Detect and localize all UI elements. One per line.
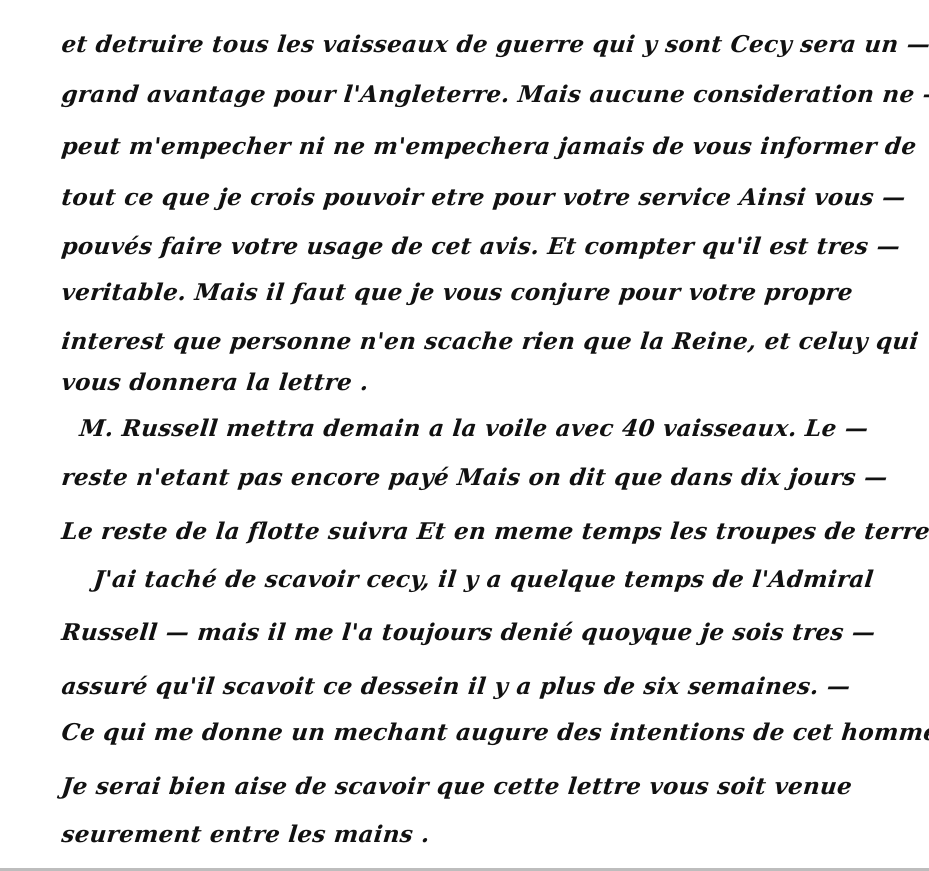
letter-line-12: J'ai taché de scavoir cecy, il y a quelq… — [92, 565, 915, 595]
letter-line-8: vous donnera la lettre . — [60, 368, 883, 398]
letter-line-6: veritable. Mais il faut que je vous conj… — [60, 278, 883, 308]
letter-line-5: pouvés faire votre usage de cet avis. Et… — [60, 232, 883, 262]
letter-line-4: tout ce que je crois pouvoir etre pour v… — [60, 183, 883, 213]
letter-line-7: interest que personne n'en scache rien q… — [60, 327, 883, 357]
handwritten-letter-page: et detruire tous les vaisseaux de guerre… — [0, 0, 929, 867]
letter-line-11: Le reste de la flotte suivra Et en meme … — [60, 517, 883, 547]
letter-line-9: M. Russell mettra demain a la voile avec… — [78, 414, 901, 444]
letter-line-15: Ce qui me donne un mechant augure des in… — [60, 718, 883, 748]
letter-line-17: seurement entre les mains . — [60, 820, 883, 850]
letter-line-3: peut m'empecher ni ne m'empechera jamais… — [60, 132, 883, 162]
letter-line-13: Russell — mais il me l'a toujours denié … — [60, 618, 883, 648]
letter-line-16: Je serai bien aise de scavoir que cette … — [60, 772, 883, 802]
letter-line-10: reste n'etant pas encore payé Mais on di… — [60, 463, 883, 493]
letter-line-1: et detruire tous les vaisseaux de guerre… — [60, 30, 883, 60]
letter-line-2: grand avantage pour l'Angleterre. Mais a… — [60, 80, 883, 110]
letter-line-14: assuré qu'il scavoit ce dessein il y a p… — [60, 672, 883, 702]
